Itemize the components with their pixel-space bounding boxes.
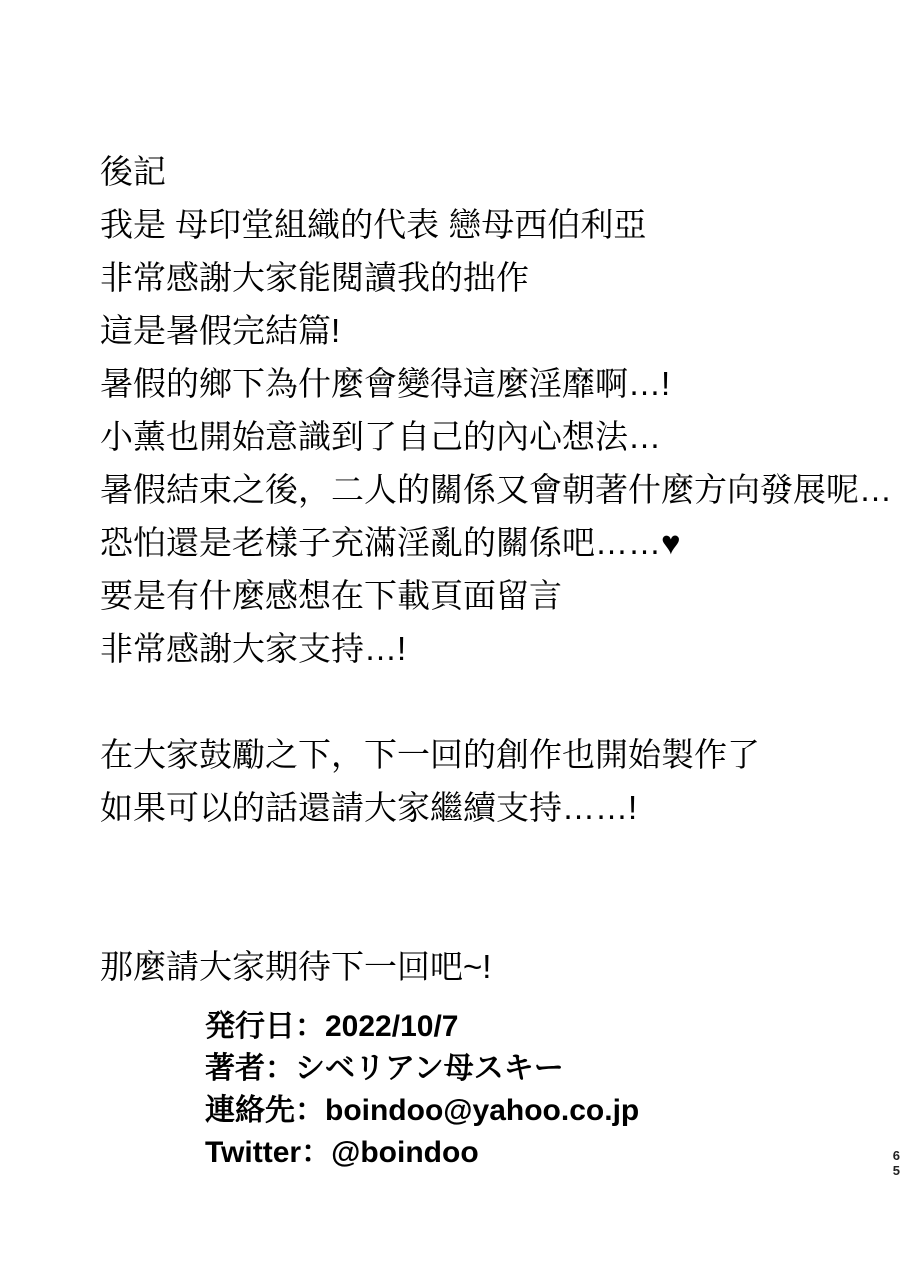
afterword-text-block: 後記 我是 母印堂組織的代表 戀母西伯利亞 非常感謝大家能閱讀我的拙作 這是暑假… bbox=[100, 145, 886, 993]
afterword-line: 小薰也開始意識到了自己的內心想法… bbox=[100, 410, 886, 463]
page-number-digit-bottom: 5 bbox=[893, 1163, 900, 1178]
afterword-blank-line bbox=[100, 887, 886, 940]
afterword-blank-line bbox=[100, 834, 886, 887]
afterword-line: 暑假的鄉下為什麼會變得這麼淫靡啊…! bbox=[100, 357, 886, 410]
afterword-line: 如果可以的話還請大家繼續支持……! bbox=[100, 781, 886, 834]
afterword-line: 我是 母印堂組織的代表 戀母西伯利亞 bbox=[100, 198, 886, 251]
colophon-publish-date: 発行日：2022/10/7 bbox=[205, 1006, 639, 1048]
afterword-blank-line bbox=[100, 675, 886, 728]
colophon-block: 発行日：2022/10/7 著者：シベリアン母スキー 連絡先：boindoo@y… bbox=[205, 1006, 639, 1174]
colophon-twitter-handle: Twitter：@boindoo bbox=[205, 1132, 639, 1174]
afterword-line: 那麼請大家期待下一回吧~! bbox=[100, 940, 886, 993]
page-number-digit-top: 6 bbox=[893, 1148, 900, 1163]
afterword-title: 後記 bbox=[100, 145, 886, 198]
afterword-line: 暑假結束之後，二人的關係又會朝著什麼方向發展呢… bbox=[100, 463, 886, 516]
afterword-line: 這是暑假完結篇! bbox=[100, 304, 886, 357]
colophon-contact-email: 連絡先：boindoo@yahoo.co.jp bbox=[205, 1090, 639, 1132]
document-page: 後記 我是 母印堂組織的代表 戀母西伯利亞 非常感謝大家能閱讀我的拙作 這是暑假… bbox=[0, 0, 906, 1280]
afterword-line: 在大家鼓勵之下，下一回的創作也開始製作了 bbox=[100, 728, 886, 781]
afterword-line: 要是有什麼感想在下載頁面留言 bbox=[100, 569, 886, 622]
afterword-line: 非常感謝大家支持…! bbox=[100, 622, 886, 675]
afterword-line: 非常感謝大家能閱讀我的拙作 bbox=[100, 251, 886, 304]
colophon-author: 著者：シベリアン母スキー bbox=[205, 1048, 639, 1090]
afterword-line: 恐怕還是老樣子充滿淫亂的關係吧……♥ bbox=[100, 516, 886, 569]
page-number: 6 5 bbox=[893, 1148, 900, 1178]
